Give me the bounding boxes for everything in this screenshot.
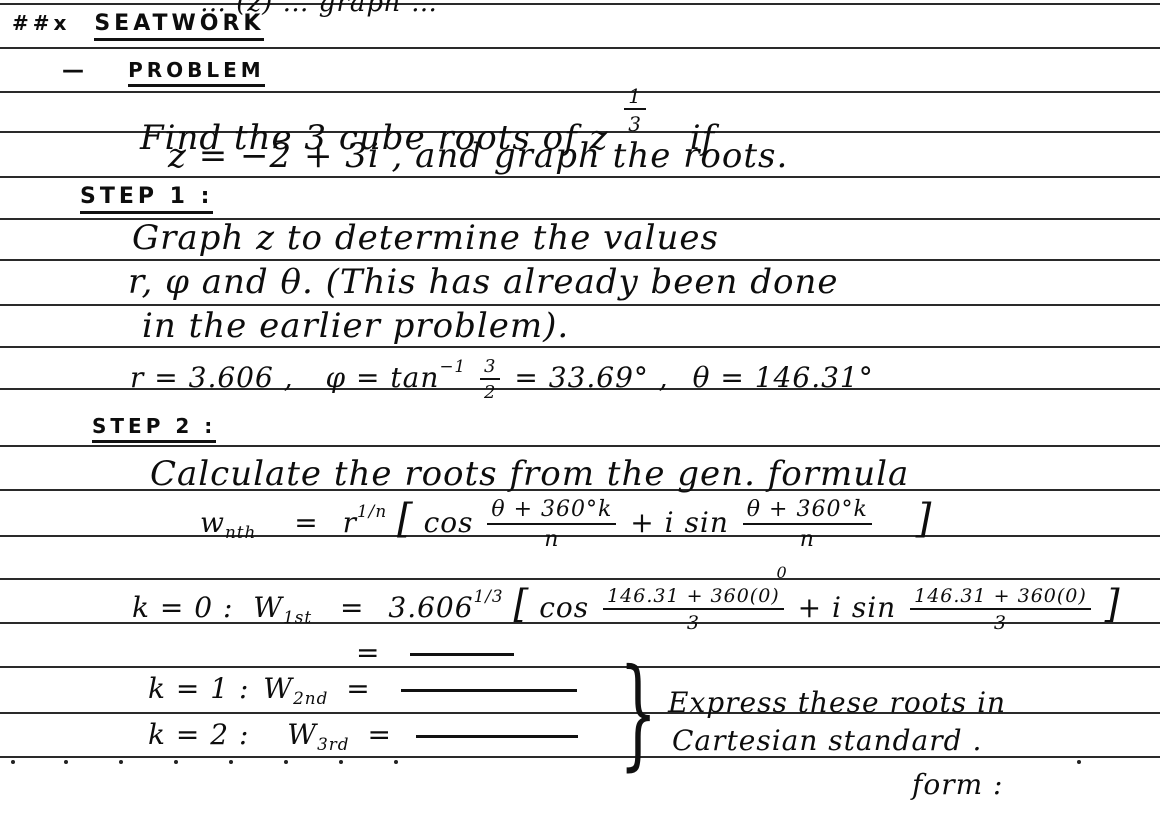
k2-result-blank bbox=[416, 735, 578, 738]
formula-base: r bbox=[343, 506, 357, 539]
k0-base-exp: 1/3 bbox=[474, 586, 504, 606]
formula-cos: cos bbox=[424, 506, 474, 539]
k0-sin-fraction: 146.31 + 360(0) 3 bbox=[910, 587, 1091, 633]
dot bbox=[284, 760, 288, 764]
step1-line-2: r, φ and θ. (This has already been done bbox=[128, 262, 839, 302]
k2-eq: = bbox=[367, 718, 391, 751]
cos-num: θ + 360°k bbox=[487, 499, 616, 525]
section-mark: ##x bbox=[12, 11, 70, 35]
formula-lhs-sub: nth bbox=[225, 522, 256, 542]
k0-result-row: = bbox=[356, 636, 514, 669]
formula-close-bracket: ] bbox=[916, 496, 933, 542]
problem-heading: PROBLEM bbox=[128, 58, 265, 87]
formula-sin-fraction: θ + 360°k n bbox=[743, 499, 872, 551]
problem-heading-row: — PROBLEM bbox=[62, 58, 265, 83]
k2-w: W bbox=[287, 718, 317, 751]
note-line-1: Express these roots in bbox=[668, 686, 1006, 719]
note-line-3: form : bbox=[912, 768, 1004, 801]
problem-exponent: 1 3 bbox=[624, 86, 646, 134]
k1-w: W bbox=[263, 672, 293, 705]
rule-line bbox=[0, 259, 1160, 261]
dot bbox=[1077, 760, 1081, 764]
k2-label: k = 2 : bbox=[148, 718, 249, 751]
k0-sin-den: 3 bbox=[910, 610, 1091, 633]
k0-cos-fraction: 0 146.31 + 360(0) 3 bbox=[603, 587, 784, 633]
phi-den: 2 bbox=[480, 380, 500, 402]
k0-cos-den: 3 bbox=[603, 610, 784, 633]
k0-row: k = 0 : W1st = 3.6061/3 [ cos 0 146.31 +… bbox=[132, 582, 1121, 633]
k0-close-bracket: ] bbox=[1105, 582, 1121, 626]
k0-result-blank bbox=[410, 653, 514, 656]
dot bbox=[11, 760, 15, 764]
exponent-num: 1 bbox=[624, 86, 646, 110]
step2-heading: STEP 2 : bbox=[92, 414, 216, 443]
r-value: r = 3.606 , bbox=[130, 361, 294, 394]
rule-line bbox=[0, 666, 1160, 668]
general-formula: wnth = r1/n [ cos θ + 360°k n + i sin θ … bbox=[200, 496, 932, 551]
problem-dash: — bbox=[62, 58, 88, 83]
problem-line-2: z = −2 + 3i , and graph the roots. bbox=[168, 136, 788, 176]
phi-fraction: 3 2 bbox=[480, 358, 500, 402]
step1-line-1: Graph z to determine the values bbox=[132, 218, 719, 258]
dot bbox=[64, 760, 68, 764]
formula-plus-i-sin: + i sin bbox=[630, 506, 729, 539]
rule-line bbox=[0, 445, 1160, 447]
formula-cos-fraction: θ + 360°k n bbox=[487, 499, 616, 551]
note-line-2: Cartesian standard . bbox=[672, 724, 982, 757]
k1-result-blank bbox=[401, 689, 577, 692]
step1-heading-row: STEP 1 : bbox=[80, 184, 213, 209]
k0-cos-num: 146.31 + 360(0) bbox=[603, 587, 784, 610]
k1-label: k = 1 : bbox=[148, 672, 249, 705]
rule-line bbox=[0, 756, 1160, 758]
section-title: SEATWORK bbox=[94, 11, 264, 41]
k0-base: 3.606 bbox=[388, 591, 473, 624]
formula-open-bracket: [ bbox=[397, 496, 414, 542]
k0-plus-i-sin: + i sin bbox=[798, 591, 897, 624]
dot bbox=[174, 760, 178, 764]
phi-sup: −1 bbox=[439, 356, 466, 376]
rule-line bbox=[0, 578, 1160, 580]
formula-base-exp: 1/n bbox=[357, 501, 387, 521]
phi-lhs: φ = tan bbox=[326, 361, 440, 394]
cos-den: n bbox=[487, 525, 616, 551]
step1-values: r = 3.606 , φ = tan−1 3 2 = 33.69° , θ =… bbox=[130, 356, 874, 402]
sin-num: θ + 360°k bbox=[743, 499, 872, 525]
step1-heading: STEP 1 : bbox=[80, 184, 213, 214]
rule-line bbox=[0, 346, 1160, 348]
k1-row: k = 1 : W2nd = bbox=[148, 672, 577, 708]
k0-k-annotation: 0 bbox=[777, 565, 788, 581]
rule-line bbox=[0, 47, 1160, 49]
step1-line-3: in the earlier problem). bbox=[142, 306, 569, 346]
step2-line-1: Calculate the roots from the gen. formul… bbox=[150, 454, 909, 494]
k0-w: W bbox=[253, 591, 283, 624]
step2-heading-row: STEP 2 : bbox=[92, 414, 216, 438]
k1-w-sub: 2nd bbox=[293, 688, 328, 708]
section-header: ##x SEATWORK bbox=[12, 4, 264, 37]
k0-cos: cos bbox=[539, 591, 589, 624]
dot bbox=[229, 760, 233, 764]
rule-line bbox=[0, 176, 1160, 178]
k0-result-eq: = bbox=[356, 636, 380, 669]
exponent-den: 3 bbox=[624, 110, 646, 134]
dot bbox=[394, 760, 398, 764]
theta-value: θ = 146.31° bbox=[693, 361, 874, 394]
k0-label: k = 0 : bbox=[132, 591, 233, 624]
phi-num: 3 bbox=[480, 358, 500, 380]
phi-rhs: = 33.69° , bbox=[514, 361, 668, 394]
dot bbox=[339, 760, 343, 764]
k0-eq: = bbox=[340, 591, 364, 624]
k2-row: k = 2 : W3rd = bbox=[148, 718, 578, 754]
k0-sin-num: 146.31 + 360(0) bbox=[910, 587, 1091, 610]
k1-eq: = bbox=[346, 672, 370, 705]
dot bbox=[119, 760, 123, 764]
sin-den: n bbox=[743, 525, 872, 551]
right-brace: } bbox=[619, 654, 657, 774]
k0-open-bracket: [ bbox=[514, 582, 530, 626]
formula-lhs: w bbox=[200, 506, 225, 539]
formula-eq: = bbox=[294, 506, 318, 539]
k2-w-sub: 3rd bbox=[317, 734, 349, 754]
k0-w-sub: 1st bbox=[283, 607, 312, 627]
